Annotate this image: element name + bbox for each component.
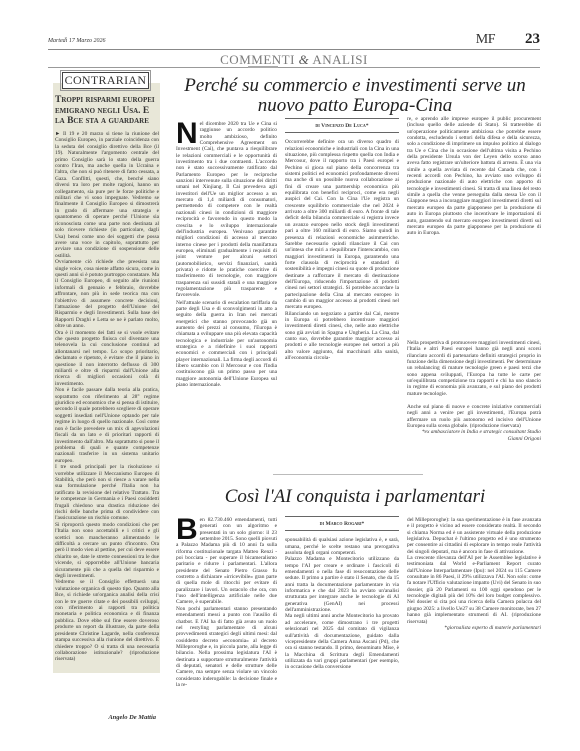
article1-col3: re, e aprendo alle imprese europee il pu… xyxy=(407,116,541,464)
dropcap: B xyxy=(176,518,198,542)
article1-text: el dicembre 2020 tra Ue e Cina si raggiu… xyxy=(176,121,277,298)
sidebar-paragraph: Non è facile passare dalla teoria alla p… xyxy=(55,387,159,464)
article2-col1: B en 82.730.460 emendamenti, tutti gener… xyxy=(176,517,277,717)
article1-text: Nell'attuale scenario di escalation tari… xyxy=(176,300,277,389)
article1-byline: di Vincenzo De Luca* xyxy=(285,118,399,133)
sidebar-body: ► Il 19 e 20 marzo si tiene la riunione … xyxy=(55,131,159,671)
sidebar-headline: Troppi risparmi europei emigrano negli U… xyxy=(55,95,160,127)
article1-text: Rilanciando un negoziato a partire dal C… xyxy=(285,311,399,362)
article2-text: Non pochi parlamentari stanno presentand… xyxy=(176,606,277,688)
sidebar-paragraph: I tre snodi principali per la risoluzion… xyxy=(55,464,159,522)
article2-col3: del Milleproroghe): la sua sperimentazio… xyxy=(407,517,541,717)
article2-text: La crescente rilevanza dell'AI per le As… xyxy=(407,555,541,625)
masthead-logo: MF xyxy=(476,32,495,48)
article1-text: re, e aprendo alle imprese europee il pu… xyxy=(407,116,541,340)
article1-col2: di Vincenzo De Luca* Occorrerebbe defini… xyxy=(285,116,399,464)
issue-date: Martedì 17 Marzo 2026 xyxy=(48,38,106,44)
article1-text: Occorrerebbe definire ora un diverso qua… xyxy=(285,139,399,310)
section-ampersand: & xyxy=(299,52,310,67)
dropcap: N xyxy=(176,122,198,146)
sidebar-author: Angelo De Mattia xyxy=(108,714,156,721)
page-header: Martedì 17 Marzo 2026 MF 23 xyxy=(48,30,540,50)
section-rule xyxy=(48,67,540,68)
article2-byline: di Marco Rogari* xyxy=(285,516,399,531)
article1-text: Nella prospettiva di promuovere maggiori… xyxy=(407,340,541,404)
article2-signature: *giornalista esperto di materie parlamen… xyxy=(407,625,541,631)
article2-col2: di Marco Rogari* sponsabilità di qualsia… xyxy=(285,514,399,717)
section-rule-accent xyxy=(248,66,278,68)
sidebar-paragraph: Ovviamente ciò richiede che preesista un… xyxy=(55,259,159,329)
article2-text: sponsabilità di qualsiasi azione legisla… xyxy=(285,537,399,556)
contrarian-label: CONTRARIAN xyxy=(62,72,149,89)
section-title-left: COMMENTI xyxy=(220,52,295,67)
sidebar-paragraph: ► Il 19 e 20 marzo si tiene la riunione … xyxy=(55,131,159,259)
article1-headline: Perché su commercio e investimenti serve… xyxy=(170,76,540,116)
article2-headline: Così l'AI conquista i parlamentari xyxy=(170,487,540,507)
article2-text: del Milleproroghe): la sua sperimentazio… xyxy=(407,517,541,555)
article1-signature: *ex ambasciatore in India e strategic co… xyxy=(407,429,541,441)
article1-col1: N el dicembre 2020 tra Ue e Cina si ragg… xyxy=(176,121,277,464)
article2-text: Palazzo Madama e Montecitorio utilizzano… xyxy=(285,556,399,613)
sidebar-paragraph: Ora è il momento dei fatti se si vuole e… xyxy=(55,330,159,388)
sidebar-paragraph: Si riproporrà questo modo condizioni che… xyxy=(55,522,159,580)
article1-text: Anche sul piano di nuove e concrete iniz… xyxy=(407,404,541,429)
article-divider xyxy=(273,474,423,475)
article2-text: Ma negli ultimi anni anche Montecitorio … xyxy=(285,613,399,670)
section-title: COMMENTI & ANALISI xyxy=(48,52,540,68)
sidebar-paragraph: Vedremo se il Consiglio effettuerà una v… xyxy=(55,579,159,662)
section-title-right: ANALISI xyxy=(312,52,368,67)
page-number: 23 xyxy=(525,31,540,48)
